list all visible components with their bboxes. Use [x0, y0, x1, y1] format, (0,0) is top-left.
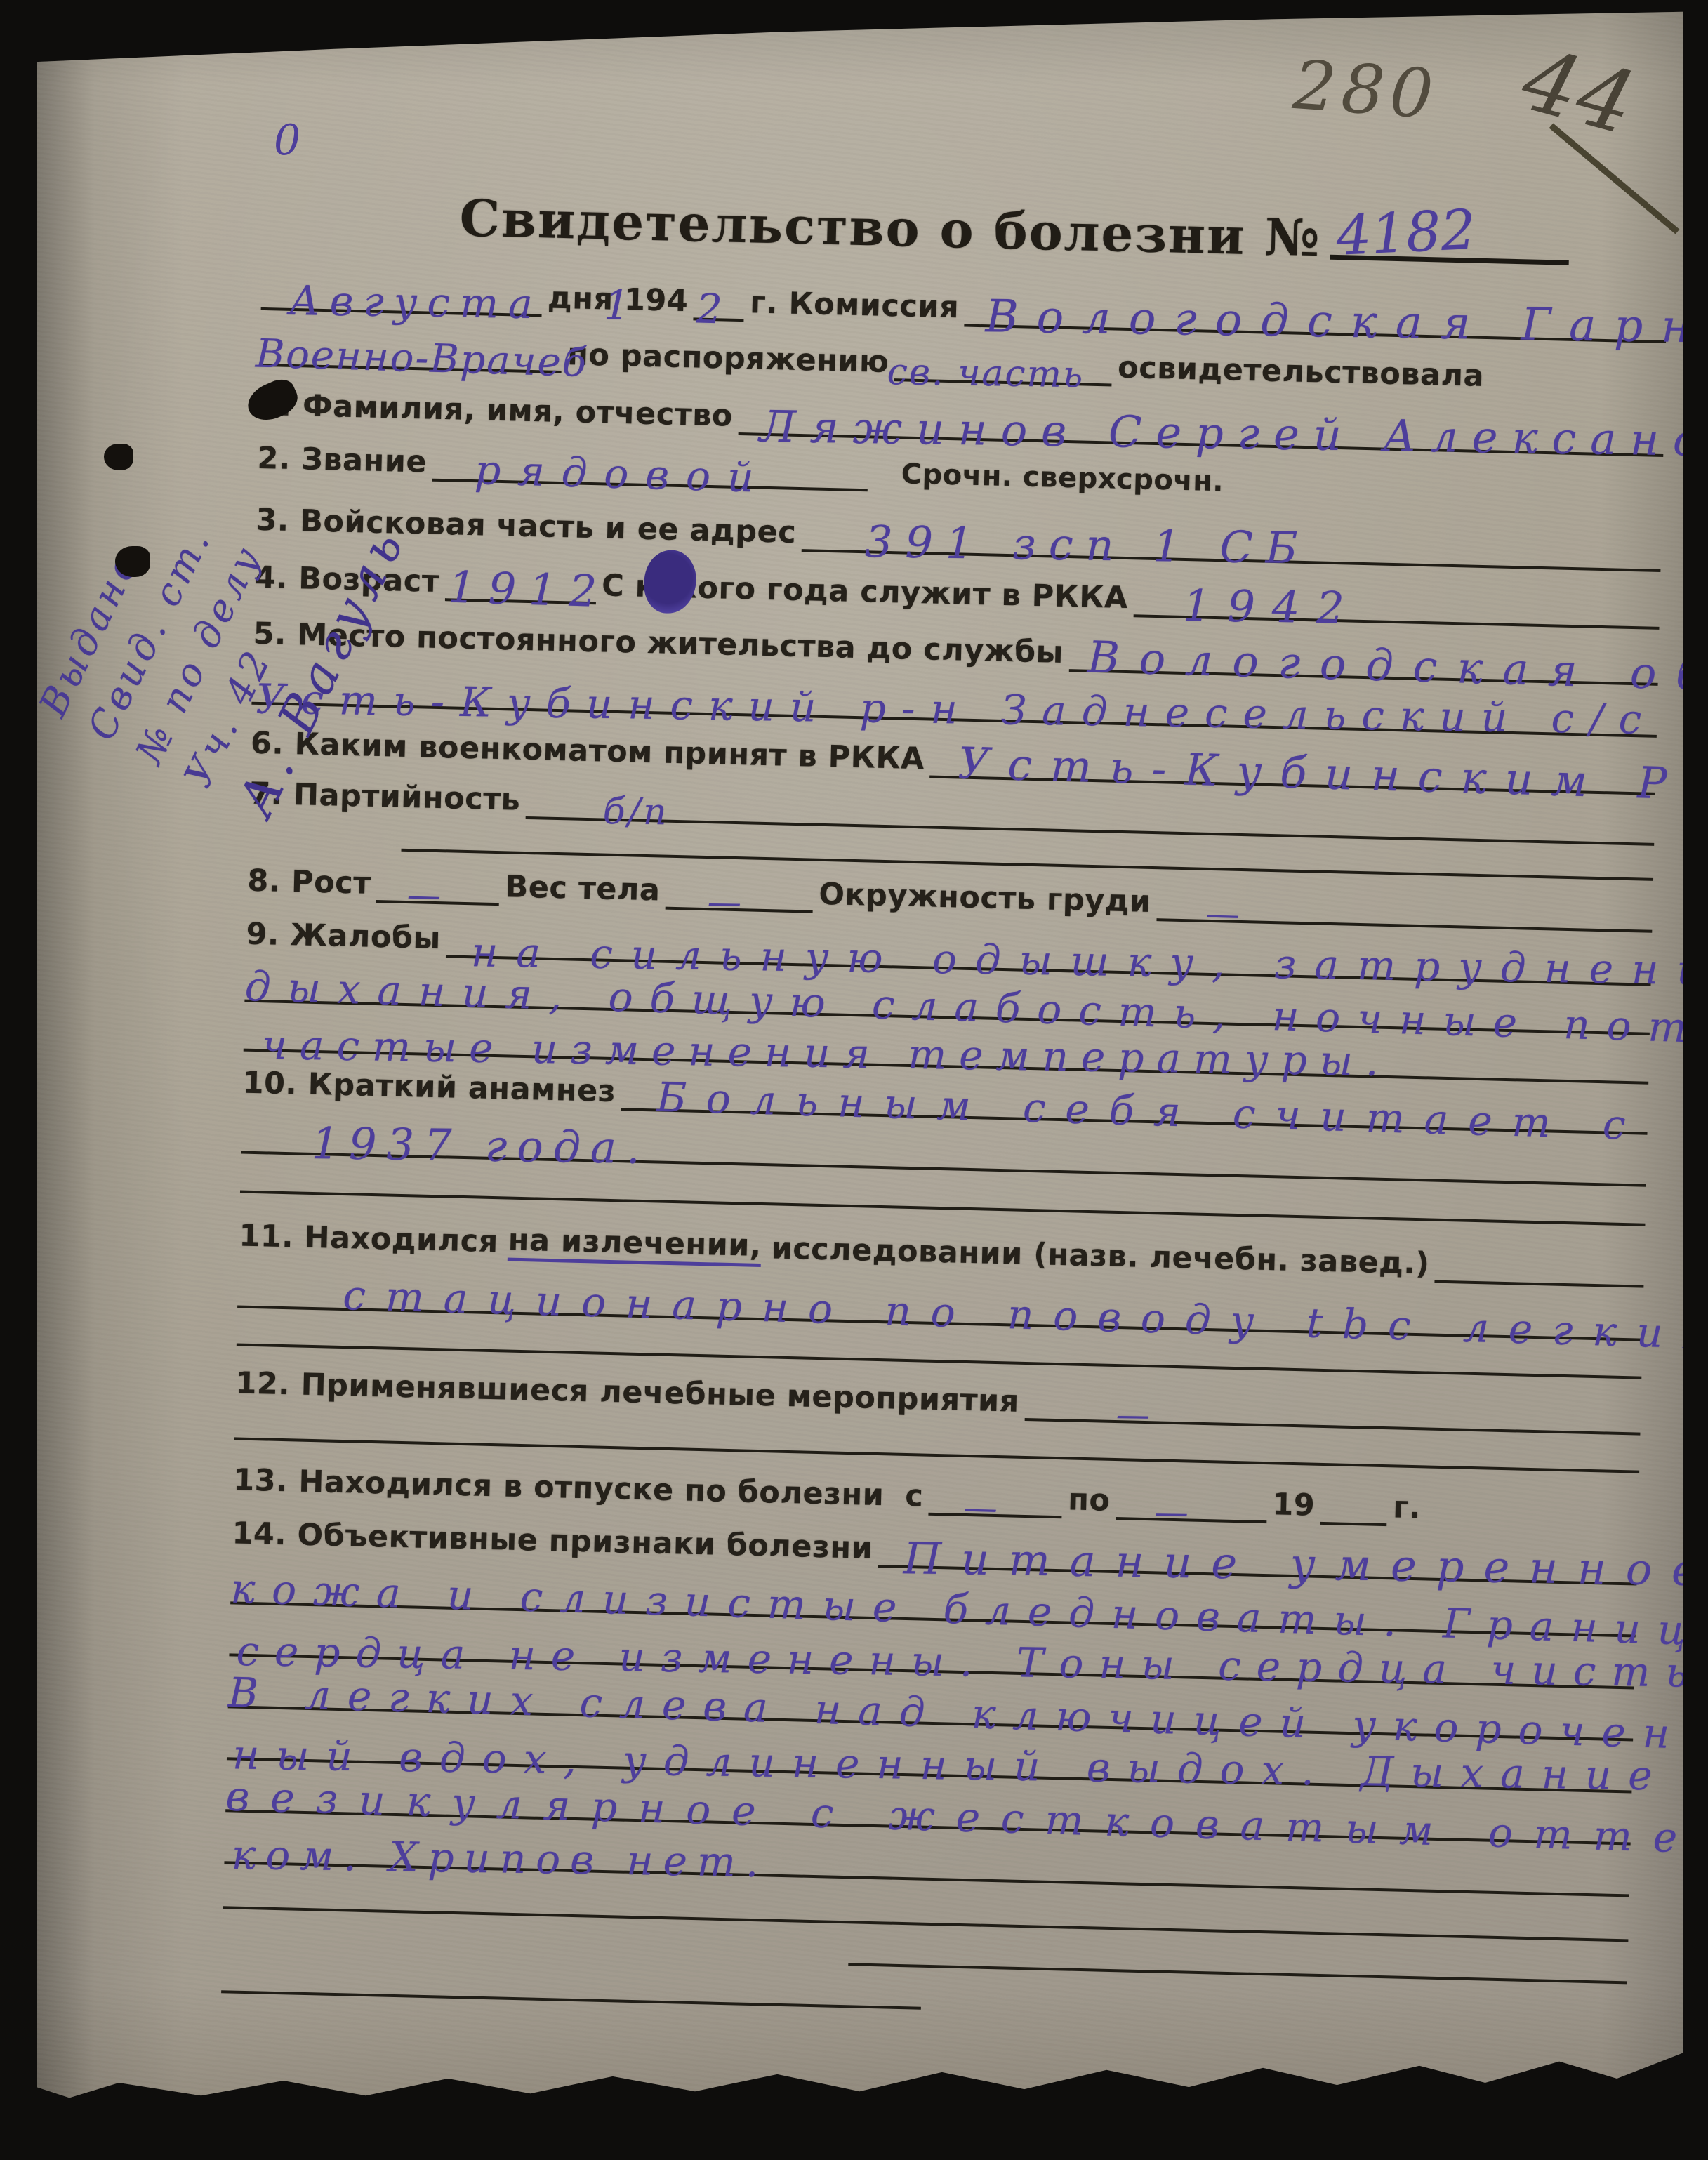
field-2-note: Срочн. сверхсрочн. — [901, 459, 1224, 500]
ruled-line — [221, 1958, 922, 2009]
field-9-label: 9. Жалобы — [246, 917, 441, 958]
printed-by-order-label: по распоряжению — [567, 338, 889, 381]
field-8-value-3: — — [1205, 897, 1240, 932]
field-4-value: 1912 — [447, 566, 609, 614]
field-8-line-2: — — [666, 859, 814, 913]
field-13-year-suffix: г. — [1393, 1491, 1422, 1527]
printed-examined-label: освидетельствовала — [1118, 351, 1485, 395]
title-row: Свидетельство о болезни № 4182 — [459, 180, 1675, 272]
field-11-line — [1435, 1231, 1645, 1288]
certificate-number-line: 4182 — [1330, 192, 1570, 265]
commission-line: Вологодская Гарниз — [965, 272, 1667, 344]
screenshot-root: { "annotations": { "pencil_page_number":… — [0, 0, 1708, 2160]
field-8-label: 8. Рост — [247, 864, 371, 903]
field-13-value-1: — — [963, 1491, 998, 1525]
field-8-value-2: — — [708, 885, 742, 920]
certificate-title: Свидетельство о болезни № — [459, 193, 1322, 264]
field-8-label-2: Вес тела — [505, 870, 661, 910]
hw-order-value: св. часть — [887, 354, 1085, 393]
field-10-value-2: 1937 года. — [311, 1122, 650, 1170]
field-13-prep-1: с — [905, 1480, 924, 1516]
punch-hole — [104, 444, 133, 470]
field-12-value: — — [1116, 1398, 1150, 1432]
field-3-value: 391 зсп 1 СБ — [864, 520, 1310, 570]
field-8-label-3: Окружность груди — [819, 877, 1151, 921]
field-4-value-2: 1942 — [1182, 584, 1361, 630]
field-7-value: б/п — [603, 793, 670, 830]
blank-line — [221, 1961, 927, 2010]
field-11-label-pre: 11. Находился — [239, 1219, 498, 1261]
field-14-value-7: ком. Хрипов нет. — [231, 1834, 769, 1883]
field-11-label-underlined: на излечении, — [508, 1224, 762, 1267]
printed-commission-label: г. Комиссия — [750, 286, 960, 326]
field-13-prep-2: по — [1068, 1483, 1111, 1520]
field-13-year-line — [1320, 1471, 1389, 1526]
field-13-value-2: — — [1154, 1496, 1189, 1530]
field-3-line: 391 зсп 1 СБ — [802, 497, 1662, 572]
field-8-line-3: — — [1156, 870, 1653, 933]
field-13-line-1: — — [929, 1462, 1064, 1518]
field-10-label: 10. Краткий анамнез — [242, 1066, 616, 1111]
hw-commission-name: Вологодская Гарниз — [985, 294, 1708, 351]
year-line: 2 — [694, 265, 746, 322]
field-2-value: рядовой — [474, 449, 771, 498]
field-8-value: — — [407, 878, 442, 913]
field-13-year-prefix: 19 — [1272, 1488, 1316, 1525]
field-4-line-2: 1942 — [1133, 562, 1660, 630]
blank-line — [843, 1933, 1634, 1985]
punch-hole — [115, 546, 150, 577]
field-4-line: 1912 — [445, 546, 597, 604]
document-sheet: 280 44 0 Выдано Свид. ст. № по делу Уч. … — [37, 0, 1683, 2134]
hw-year-digit: 2 — [696, 288, 723, 329]
field-14-value: Питание умеренное, — [903, 1537, 1708, 1593]
certificate-number: 4182 — [1335, 203, 1477, 264]
field-13-line-2: — — [1116, 1466, 1268, 1523]
field-8-line: — — [376, 852, 501, 906]
field-12-line: — — [1024, 1370, 1641, 1436]
field-5-line: Вологодская обл — [1068, 618, 1659, 686]
